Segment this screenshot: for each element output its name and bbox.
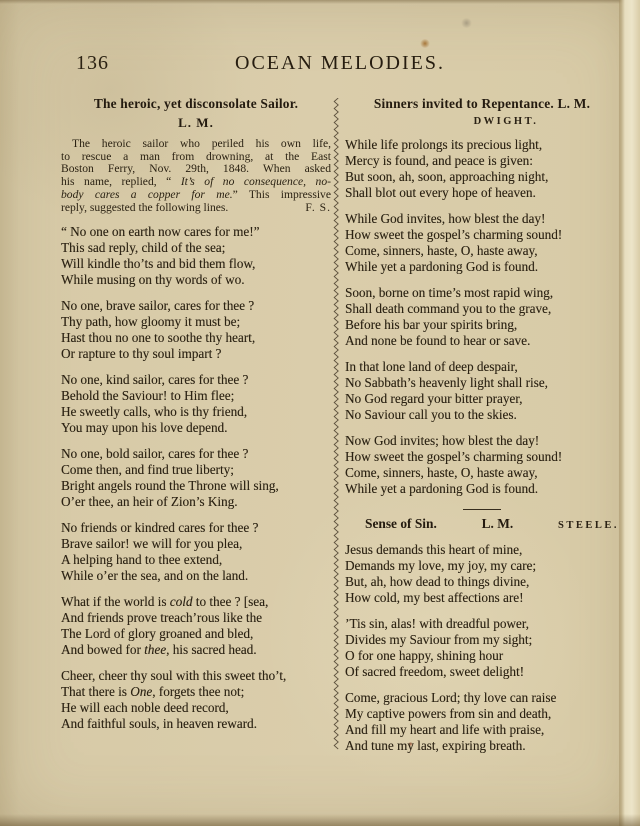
wavy-column-divider [332, 98, 341, 750]
section-divider-rule [463, 509, 501, 510]
verse-line: Come then, and find true liberty; [61, 462, 331, 478]
verse-line: The Lord of glory groaned and bled, [61, 626, 331, 642]
scanned-book-page: 136 OCEAN MELODIES. The heroic, yet disc… [0, 0, 640, 826]
verse-line: O’er thee, an heir of Zion’s King. [61, 494, 331, 510]
stanza: Come, gracious Lord; thy love can raiseM… [345, 690, 619, 754]
verse-line: And friends prove treach’rous like the [61, 610, 331, 626]
stanza: No one, kind sailor, cares for thee ?Beh… [61, 372, 331, 436]
verse-line: Come, sinners, haste, O, haste away, [345, 243, 619, 259]
stanza: No one, bold sailor, cares for thee ?Com… [61, 446, 331, 510]
stanza: While life prolongs its precious light,M… [345, 137, 619, 201]
hymn-stanzas: Jesus demands this heart of mine,Demands… [345, 542, 619, 754]
verse-line: ’Tis sin, alas! with dreadful power, [345, 616, 619, 632]
verse-line: He sweetly calls, who is thy friend, [61, 404, 331, 420]
stanza: In that lone land of deep despair,No Sab… [345, 359, 619, 423]
verse-line: Or rapture to thy soul impart ? [61, 346, 331, 362]
verse-line: And faithful souls, in heaven reward. [61, 716, 331, 732]
verse-line: Now God invites; how blest the day! [345, 433, 619, 449]
intro-line: body cares a copper for me.” This impres… [61, 189, 331, 202]
hymn-intro: The heroic sailor who periled his own li… [61, 138, 331, 202]
verse-line: But soon, ah, soon, approaching night, [345, 169, 619, 185]
stanza: No one, brave sailor, cares for thee ?Th… [61, 298, 331, 362]
verse-line: Come, gracious Lord; thy love can raise [345, 690, 619, 706]
verse-line: What if the world is cold to thee ? [sea… [61, 594, 331, 610]
verse-line: But, ah, how dead to things divine, [345, 574, 619, 590]
hymn-stanzas: “ No one on earth now cares for me!”This… [61, 224, 331, 732]
stanza: Soon, borne on time’s most rapid wing,Sh… [345, 285, 619, 349]
verse-line: Soon, borne on time’s most rapid wing, [345, 285, 619, 301]
verse-line: Shall blot out every hope of heaven. [345, 185, 619, 201]
verse-line: Behold the Saviour! to Him flee; [61, 388, 331, 404]
intro-text: reply, suggested the following lines. [61, 202, 228, 215]
verse-line: No one, kind sailor, cares for thee ? [61, 372, 331, 388]
stanza: Now God invites; how blest the day!How s… [345, 433, 619, 497]
verse-line: This sad reply, child of the sea; [61, 240, 331, 256]
book-title: OCEAN MELODIES. [60, 52, 620, 75]
hymn-meter: L. M. [61, 115, 331, 131]
hymn-title-text: Sinners invited to Repentance. [374, 96, 554, 111]
verse-line: That there is One, forgets thee not; [61, 684, 331, 700]
stanza: What if the world is cold to thee ? [sea… [61, 594, 331, 658]
verse-line: While life prolongs its precious light, [345, 137, 619, 153]
hymn-author-text: STEELE. [558, 520, 619, 531]
verse-line: O for one happy, shining hour [345, 648, 619, 664]
verse-line: While God invites, how blest the day! [345, 211, 619, 227]
verse-line: Hast thou no one to soothe thy heart, [61, 330, 331, 346]
verse-line: While musing on thy words of wo. [61, 272, 331, 288]
verse-line: Bright angels round the Throne will sing… [61, 478, 331, 494]
hymn-heading-row: Sense of Sin. L. M. STEELE. [345, 516, 619, 532]
verse-line: And fill my heart and life with praise, [345, 722, 619, 738]
intro-line: The heroic sailor who periled his own li… [61, 138, 331, 151]
verse-line: And none be found to hear or save. [345, 333, 619, 349]
hymn-stanzas: While life prolongs its precious light,M… [345, 137, 619, 497]
verse-line: Of sacred freedom, sweet delight! [345, 664, 619, 680]
verse-line: “ No one on earth now cares for me!” [61, 224, 331, 240]
verse-line: No Sabbath’s heavenly light shall rise, [345, 375, 619, 391]
verse-line: While yet a pardoning God is found. [345, 481, 619, 497]
verse-line: Shall death command you to the grave, [345, 301, 619, 317]
page-header: 136 OCEAN MELODIES. [0, 52, 640, 78]
hymn-author: DWIGHT. [345, 116, 619, 127]
verse-line: Divides my Saviour from my sight; [345, 632, 619, 648]
stanza: Cheer, cheer thy soul with this sweet th… [61, 668, 331, 732]
verse-line: Cheer, cheer thy soul with this sweet th… [61, 668, 331, 684]
verse-line: Thy path, how gloomy it must be; [61, 314, 331, 330]
verse-line: And bowed for thee, his sacred head. [61, 642, 331, 658]
verse-line: A helping hand to thee extend, [61, 552, 331, 568]
verse-line: How sweet the gospel’s charming sound! [345, 449, 619, 465]
verse-line: No one, brave sailor, cares for thee ? [61, 298, 331, 314]
hymn-title: The heroic, yet disconsolate Sailor. [61, 96, 331, 112]
verse-line: How cold, my best affections are! [345, 590, 619, 606]
verse-line: Will kindle tho’ts and bid them flow, [61, 256, 331, 272]
page-bottom-shadow [0, 814, 640, 826]
verse-line: You may upon his love depend. [61, 420, 331, 436]
smudge-spot [461, 18, 472, 28]
verse-line: While yet a pardoning God is found. [345, 259, 619, 275]
verse-line: No Saviour call you to the skies. [345, 407, 619, 423]
verse-line: Mercy is found, and peace is given: [345, 153, 619, 169]
verse-line: Jesus demands this heart of mine, [345, 542, 619, 558]
hymn-title: Sinners invited to Repentance. L. M. [345, 96, 619, 112]
hymn-intro-last-line: reply, suggested the following lines. F.… [61, 202, 331, 215]
verse-line: While o’er the sea, and on the land. [61, 568, 331, 584]
verse-line: Brave sailor! we will for you plea, [61, 536, 331, 552]
verse-line: And tune my last, expiring breath. [345, 738, 619, 754]
hymn-meter-text: L. M. [482, 516, 514, 532]
hymn-meter-text: L. M. [558, 96, 591, 111]
stanza: No friends or kindred cares for thee ?Br… [61, 520, 331, 584]
right-column: Sinners invited to Repentance. L. M. DWI… [345, 96, 619, 754]
verse-line: He will each noble deed record, [61, 700, 331, 716]
verse-line: In that lone land of deep despair, [345, 359, 619, 375]
verse-line: Before his bar your spirits bring, [345, 317, 619, 333]
verse-line: How sweet the gospel’s charming sound! [345, 227, 619, 243]
foxing-spot [420, 39, 430, 48]
verse-line: No one, bold sailor, cares for thee ? [61, 446, 331, 462]
stanza: Jesus demands this heart of mine,Demands… [345, 542, 619, 606]
stanza: “ No one on earth now cares for me!”This… [61, 224, 331, 288]
verse-line: No friends or kindred cares for thee ? [61, 520, 331, 536]
intro-attribution: F. S. [305, 202, 331, 215]
stanza: ’Tis sin, alas! with dreadful power,Divi… [345, 616, 619, 680]
verse-line: No God regard your bitter prayer, [345, 391, 619, 407]
verse-line: My captive powers from sin and death, [345, 706, 619, 722]
verse-line: Come, sinners, haste, O, haste away, [345, 465, 619, 481]
verse-line: Demands my love, my joy, my care; [345, 558, 619, 574]
page-top-shadow [0, 0, 640, 4]
stanza: While God invites, how blest the day!How… [345, 211, 619, 275]
left-column: The heroic, yet disconsolate Sailor. L. … [61, 96, 331, 732]
book-page-edge [619, 0, 640, 826]
hymn-title-text: Sense of Sin. [365, 516, 437, 532]
